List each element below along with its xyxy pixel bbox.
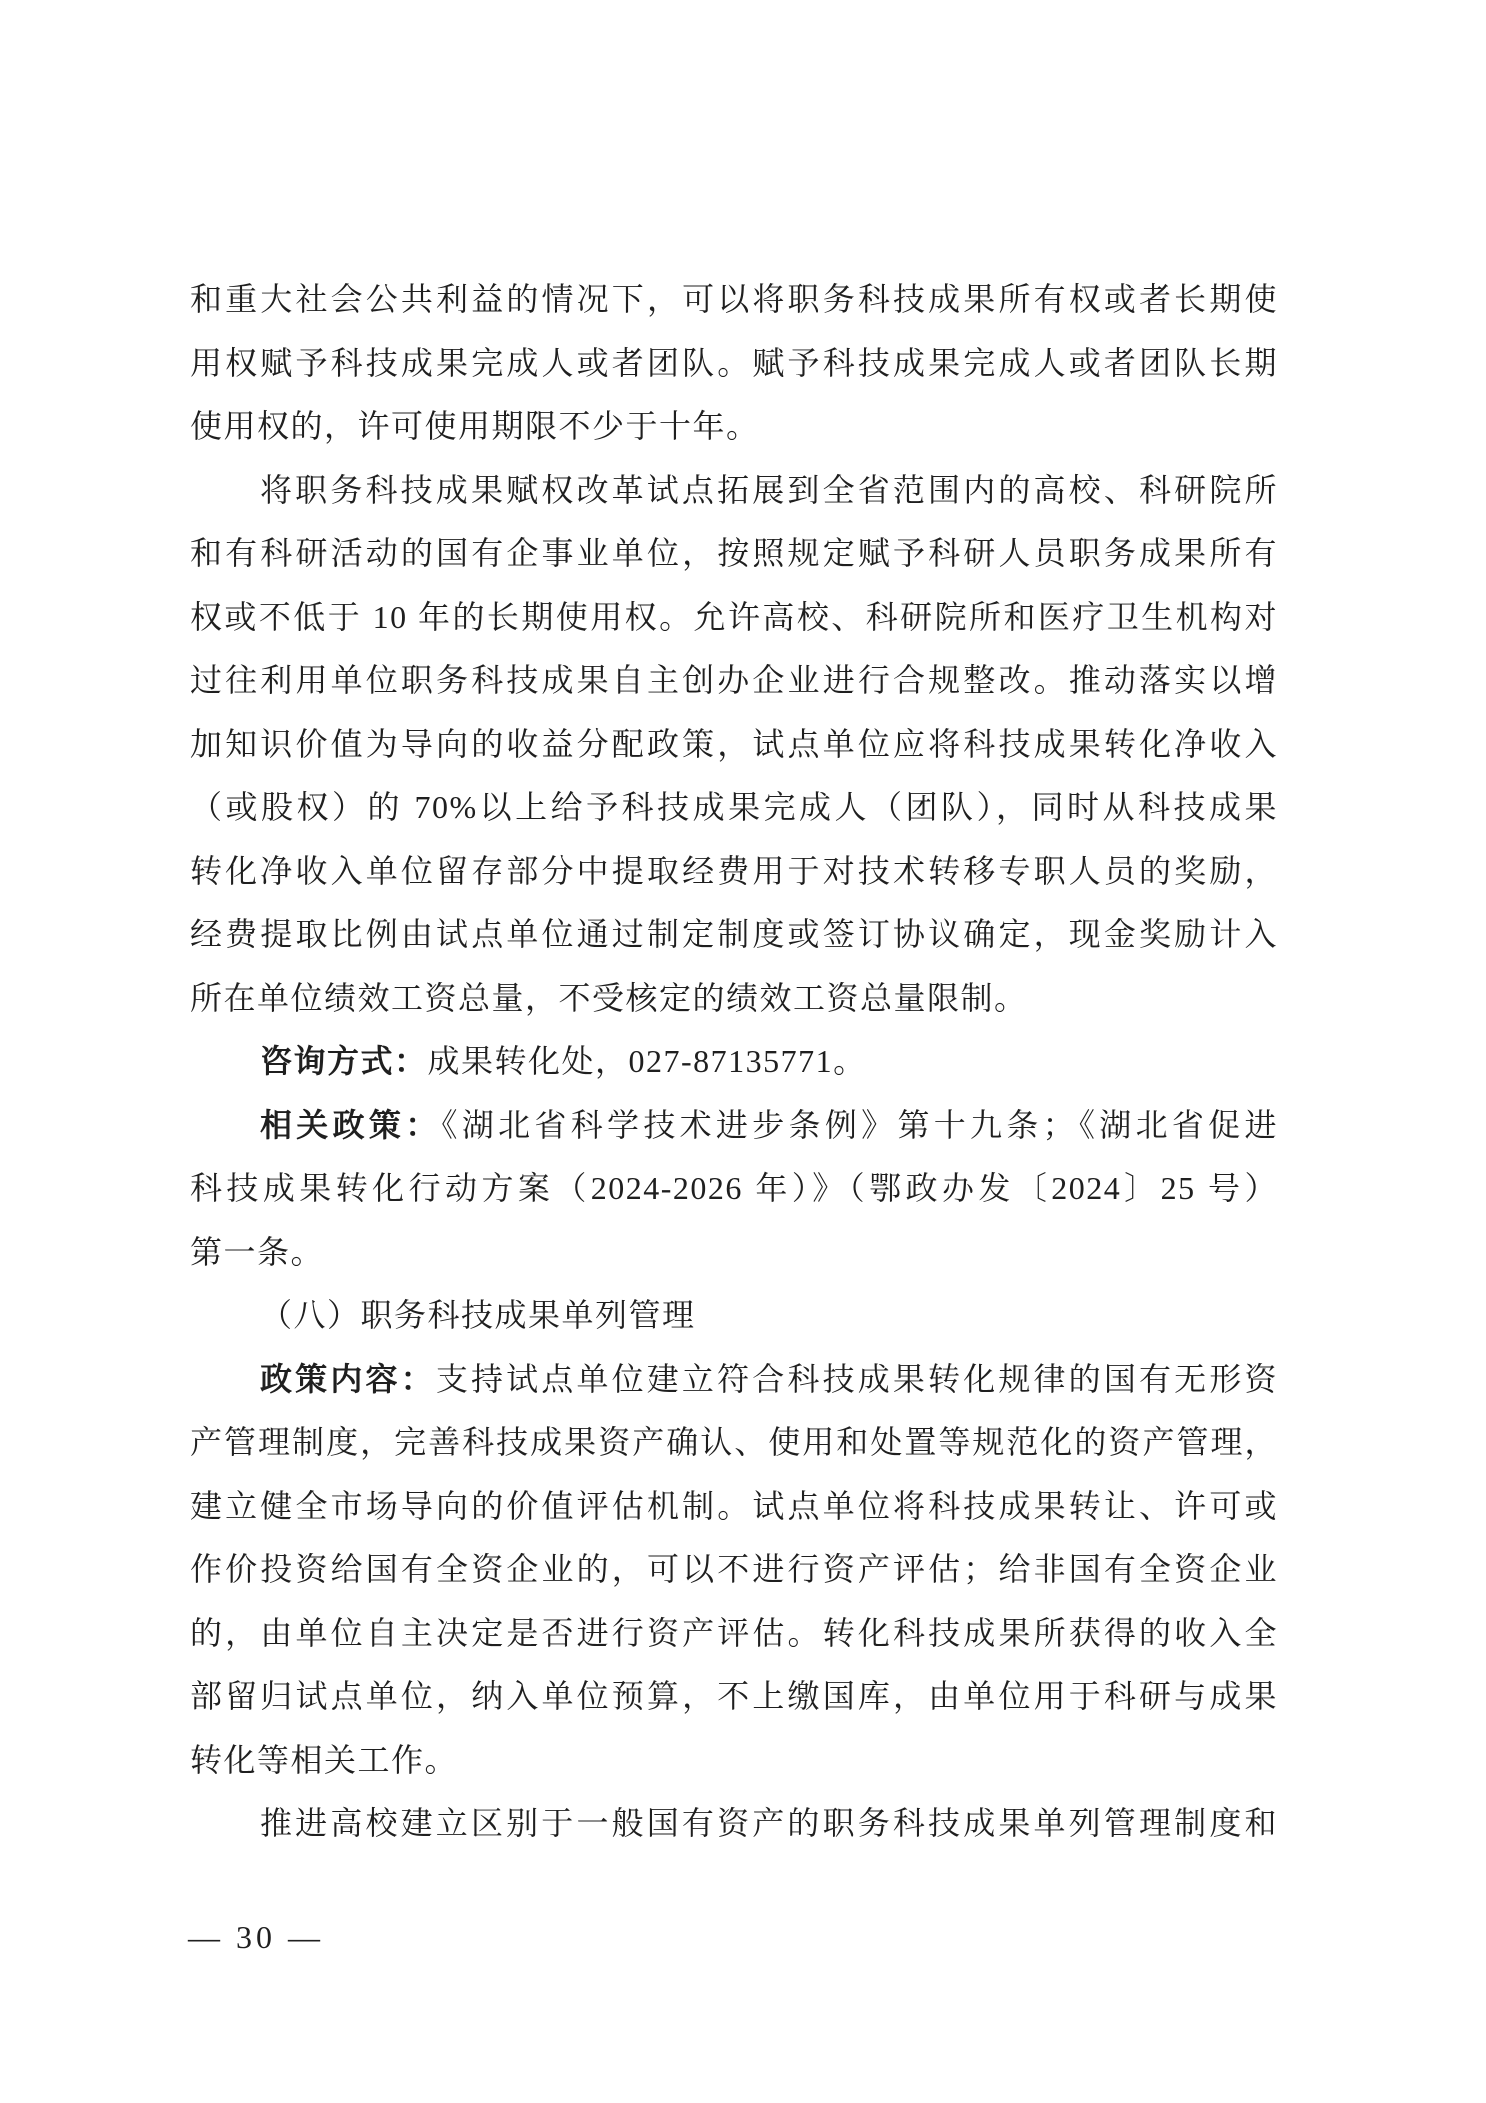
page-footer: — 30 — bbox=[188, 1906, 324, 1969]
text-line: 将职务科技成果赋权改革试点拓展到全省范围内的高校、科研院所 bbox=[190, 459, 1278, 523]
text-line: 建立健全市场导向的价值评估机制。试点单位将科技成果转让、许可或 bbox=[190, 1475, 1278, 1539]
document-page: 和重大社会公共利益的情况下，可以将职务科技成果所有权或者长期使 用权赋予科技成果… bbox=[0, 0, 1486, 2103]
text-line: （或股权）的 70%以上给予科技成果完成人（团队），同时从科技成果 bbox=[190, 776, 1278, 840]
line-text: 使用权的，许可使用期限不少于十年。 bbox=[190, 408, 760, 444]
text-line: 用权赋予科技成果完成人或者团队。赋予科技成果完成人或者团队长期 bbox=[190, 332, 1278, 396]
text-line: 所在单位绩效工资总量，不受核定的绩效工资总量限制。 bbox=[190, 967, 1278, 1031]
text-line: 的，由单位自主决定是否进行资产评估。转化科技成果所获得的收入全 bbox=[190, 1602, 1278, 1666]
line-text: 经费提取比例由试点单位通过制定制度或签订协议确定，现金奖励计入 bbox=[190, 916, 1278, 952]
line-text: 第一条。 bbox=[190, 1234, 324, 1270]
text-line: 作价投资给国有全资企业的，可以不进行资产评估；给非国有全资企业 bbox=[190, 1538, 1278, 1602]
contact-line: 咨询方式：成果转化处，027-87135771。 bbox=[190, 1030, 1278, 1094]
line-text: 支持试点单位建立符合科技成果转化规律的国有无形资 bbox=[436, 1361, 1278, 1397]
line-text: 将职务科技成果赋权改革试点拓展到全省范围内的高校、科研院所 bbox=[260, 472, 1278, 508]
line-text: 用权赋予科技成果完成人或者团队。赋予科技成果完成人或者团队长期 bbox=[190, 345, 1278, 381]
line-text: 转化等相关工作。 bbox=[190, 1742, 458, 1778]
text-line: 第一条。 bbox=[190, 1221, 1278, 1285]
text-line: 加知识价值为导向的收益分配政策，试点单位应将科技成果转化净收入 bbox=[190, 713, 1278, 777]
section-heading: （八）职务科技成果单列管理 bbox=[190, 1284, 1278, 1348]
bold-label: 相关政策： bbox=[260, 1107, 442, 1143]
line-text: 和有科研活动的国有企事业单位，按照规定赋予科研人员职务成果所有 bbox=[190, 535, 1278, 571]
text-line: 转化等相关工作。 bbox=[190, 1729, 1278, 1793]
line-text: 建立健全市场导向的价值评估机制。试点单位将科技成果转让、许可或 bbox=[190, 1488, 1278, 1524]
line-text: 部留归试点单位，纳入单位预算，不上缴国库，由单位用于科研与成果 bbox=[190, 1678, 1278, 1714]
line-text: 和重大社会公共利益的情况下，可以将职务科技成果所有权或者长期使 bbox=[190, 281, 1278, 317]
text-line: 使用权的，许可使用期限不少于十年。 bbox=[190, 395, 1278, 459]
policy-ref-line: 相关政策：《湖北省科学技术进步条例》第十九条；《湖北省促进 bbox=[190, 1094, 1278, 1158]
line-text: 权或不低于 10 年的长期使用权。允许高校、科研院所和医疗卫生机构对 bbox=[190, 599, 1278, 635]
bold-label: 咨询方式： bbox=[260, 1043, 428, 1079]
line-text: 科技成果转化行动方案（2024-2026 年）》（鄂政办发〔2024〕25 号） bbox=[190, 1170, 1278, 1206]
policy-content-line: 政策内容：支持试点单位建立符合科技成果转化规律的国有无形资 bbox=[190, 1348, 1278, 1412]
line-text: 转化净收入单位留存部分中提取经费用于对技术转移专职人员的奖励， bbox=[190, 853, 1278, 889]
bold-label: 政策内容： bbox=[260, 1361, 436, 1397]
line-text: 成果转化处，027-87135771。 bbox=[428, 1043, 867, 1079]
line-text: 的，由单位自主决定是否进行资产评估。转化科技成果所获得的收入全 bbox=[190, 1615, 1278, 1651]
line-text: 过往利用单位职务科技成果自主创办企业进行合规整改。推动落实以增 bbox=[190, 662, 1278, 698]
line-text: 推进高校建立区别于一般国有资产的职务科技成果单列管理制度和 bbox=[260, 1805, 1278, 1841]
text-line: 经费提取比例由试点单位通过制定制度或签订协议确定，现金奖励计入 bbox=[190, 903, 1278, 967]
text-line: 过往利用单位职务科技成果自主创办企业进行合规整改。推动落实以增 bbox=[190, 649, 1278, 713]
text-line: 产管理制度，完善科技成果资产确认、使用和处置等规范化的资产管理， bbox=[190, 1411, 1278, 1475]
text-line: 权或不低于 10 年的长期使用权。允许高校、科研院所和医疗卫生机构对 bbox=[190, 586, 1278, 650]
heading-text: （八）职务科技成果单列管理 bbox=[260, 1297, 696, 1333]
text-line: 推进高校建立区别于一般国有资产的职务科技成果单列管理制度和 bbox=[190, 1792, 1278, 1856]
line-text: 产管理制度，完善科技成果资产确认、使用和处置等规范化的资产管理， bbox=[190, 1424, 1278, 1460]
text-line: 科技成果转化行动方案（2024-2026 年）》（鄂政办发〔2024〕25 号） bbox=[190, 1157, 1278, 1221]
text-line: 和重大社会公共利益的情况下，可以将职务科技成果所有权或者长期使 bbox=[190, 268, 1278, 332]
text-line: 和有科研活动的国有企事业单位，按照规定赋予科研人员职务成果所有 bbox=[190, 522, 1278, 586]
document-body: 和重大社会公共利益的情况下，可以将职务科技成果所有权或者长期使 用权赋予科技成果… bbox=[190, 268, 1278, 1856]
line-text: 加知识价值为导向的收益分配政策，试点单位应将科技成果转化净收入 bbox=[190, 726, 1278, 762]
line-text: 所在单位绩效工资总量，不受核定的绩效工资总量限制。 bbox=[190, 980, 1028, 1016]
text-line: 部留归试点单位，纳入单位预算，不上缴国库，由单位用于科研与成果 bbox=[190, 1665, 1278, 1729]
text-line: 转化净收入单位留存部分中提取经费用于对技术转移专职人员的奖励， bbox=[190, 840, 1278, 904]
line-text: （或股权）的 70%以上给予科技成果完成人（团队），同时从科技成果 bbox=[190, 789, 1278, 825]
page-number: — 30 — bbox=[188, 1919, 324, 1955]
line-text: 作价投资给国有全资企业的，可以不进行资产评估；给非国有全资企业 bbox=[190, 1551, 1278, 1587]
line-text: 《湖北省科学技术进步条例》第十九条；《湖北省促进 bbox=[442, 1107, 1278, 1143]
